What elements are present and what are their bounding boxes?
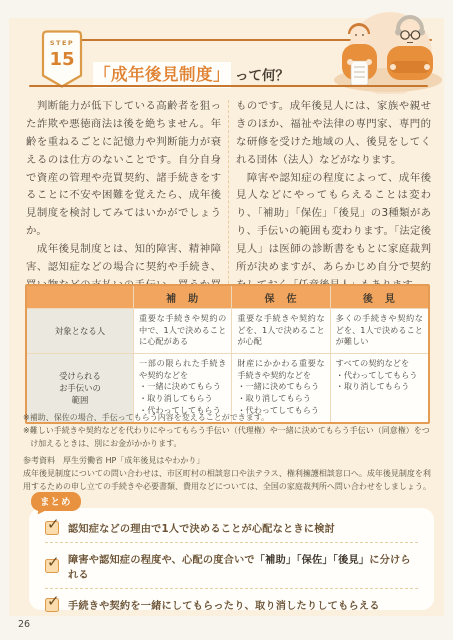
page-sheet: STEP 15 「成年後見制度」って何？ [0, 0, 453, 640]
summary-box: ✓ 認知症などの理由で1人で決めることが心配なときに検討 ✓ 障害や認知症の程度… [29, 508, 434, 610]
reference-body: 成年後見制度についての問い合わせは、市区町村の相談窓口や法テラス、権利擁護相談窓… [23, 468, 436, 494]
summary-item: ✓ 手続きや契約を一緒にしてもらったり、取り消したりしてもらえる [45, 588, 418, 619]
table-cell: 重要な手続きや契約などを、1人で決めることが心配 [232, 309, 329, 353]
table-cell: 重要な手続きや契約の中で、1人で決めることに心配がある [134, 309, 231, 353]
guardianship-comparison-table: 補 助 保 佐 後 見 対象となる人 重要な手続きや契約の中で、1人で決めること… [25, 284, 430, 424]
checkbox-icon: ✓ [45, 521, 59, 535]
content-area: STEP 15 「成年後見制度」って何？ [9, 18, 444, 616]
table-col-header-hojo: 補 助 [134, 286, 231, 308]
table-footnotes: ※補助、保佐の場合、手伝ってもらう内容を変えることができます。 ※難しい手続きや… [23, 412, 436, 450]
elderly-couple-illustration [330, 8, 444, 94]
step-number: 15 [40, 49, 84, 70]
page-title-rest: って何？ [235, 68, 289, 84]
step-label: STEP [40, 39, 84, 47]
header-bottom-rule [29, 85, 428, 87]
intro-paragraph: 判断能力が低下している高齢者を狙った詐欺や悪徳商法は後を絶ちません。年齢を重ねる… [26, 98, 221, 241]
intro-paragraph: 障害や認知症の程度によって、成年後見人などにやってもらえることは変わり、「補助」… [236, 170, 431, 295]
footnote: ※補助、保佐の場合、手伝ってもらう内容を変えることができます。 [23, 412, 436, 425]
summary-item-text: 手続きや契約を一緒にしてもらったり、取り消したりしてもらえる [68, 597, 380, 612]
reference-section: 参考資料 厚生労働省 HP「成年後見はやわかり」 成年後見制度についての問い合わ… [23, 455, 436, 493]
reference-title: 参考資料 厚生労働省 HP「成年後見はやわかり」 [23, 455, 436, 468]
summary-item: ✓ 障害や認知症の程度や、心配の度合いで「補助」「保佐」「後見」に分けられる [45, 542, 418, 588]
table-col-header-koken: 後 見 [331, 286, 428, 308]
page-number: 26 [18, 619, 30, 630]
check-icon: ✓ [47, 515, 60, 533]
step-ribbon: STEP 15 [40, 30, 84, 90]
check-icon: ✓ [47, 592, 60, 610]
checkbox-icon: ✓ [45, 559, 59, 573]
summary-item-text: 障害や認知症の程度や、心配の度合いで「補助」「保佐」「後見」に分けられる [68, 551, 418, 581]
table-col-header-hosa: 保 佐 [232, 286, 329, 308]
summary-item: ✓ 認知症などの理由で1人で決めることが心配なときに検討 [45, 512, 418, 542]
intro-paragraph: ものです。成年後見人には、家族や親せきのほか、福祉や法律の専門家、専門的な研修を… [236, 98, 431, 170]
check-icon: ✓ [47, 553, 60, 571]
table-cell: 多くの手続きや契約などを、1人で決めることが難しい [331, 309, 428, 353]
summary-badge: まとめ [31, 492, 81, 511]
page-title: 「成年後見制度」って何？ [93, 50, 289, 88]
checkbox-icon: ✓ [45, 598, 59, 612]
table-corner-cell [27, 286, 133, 308]
summary-item-text: 認知症などの理由で1人で決めることが心配なときに検討 [68, 520, 335, 535]
footnote: ※難しい手続きや契約などを代わりにやってもらう手伝い（代理権）や一緒に決めてもら… [23, 425, 436, 451]
table-row-header-target: 対象となる人 [27, 309, 133, 353]
